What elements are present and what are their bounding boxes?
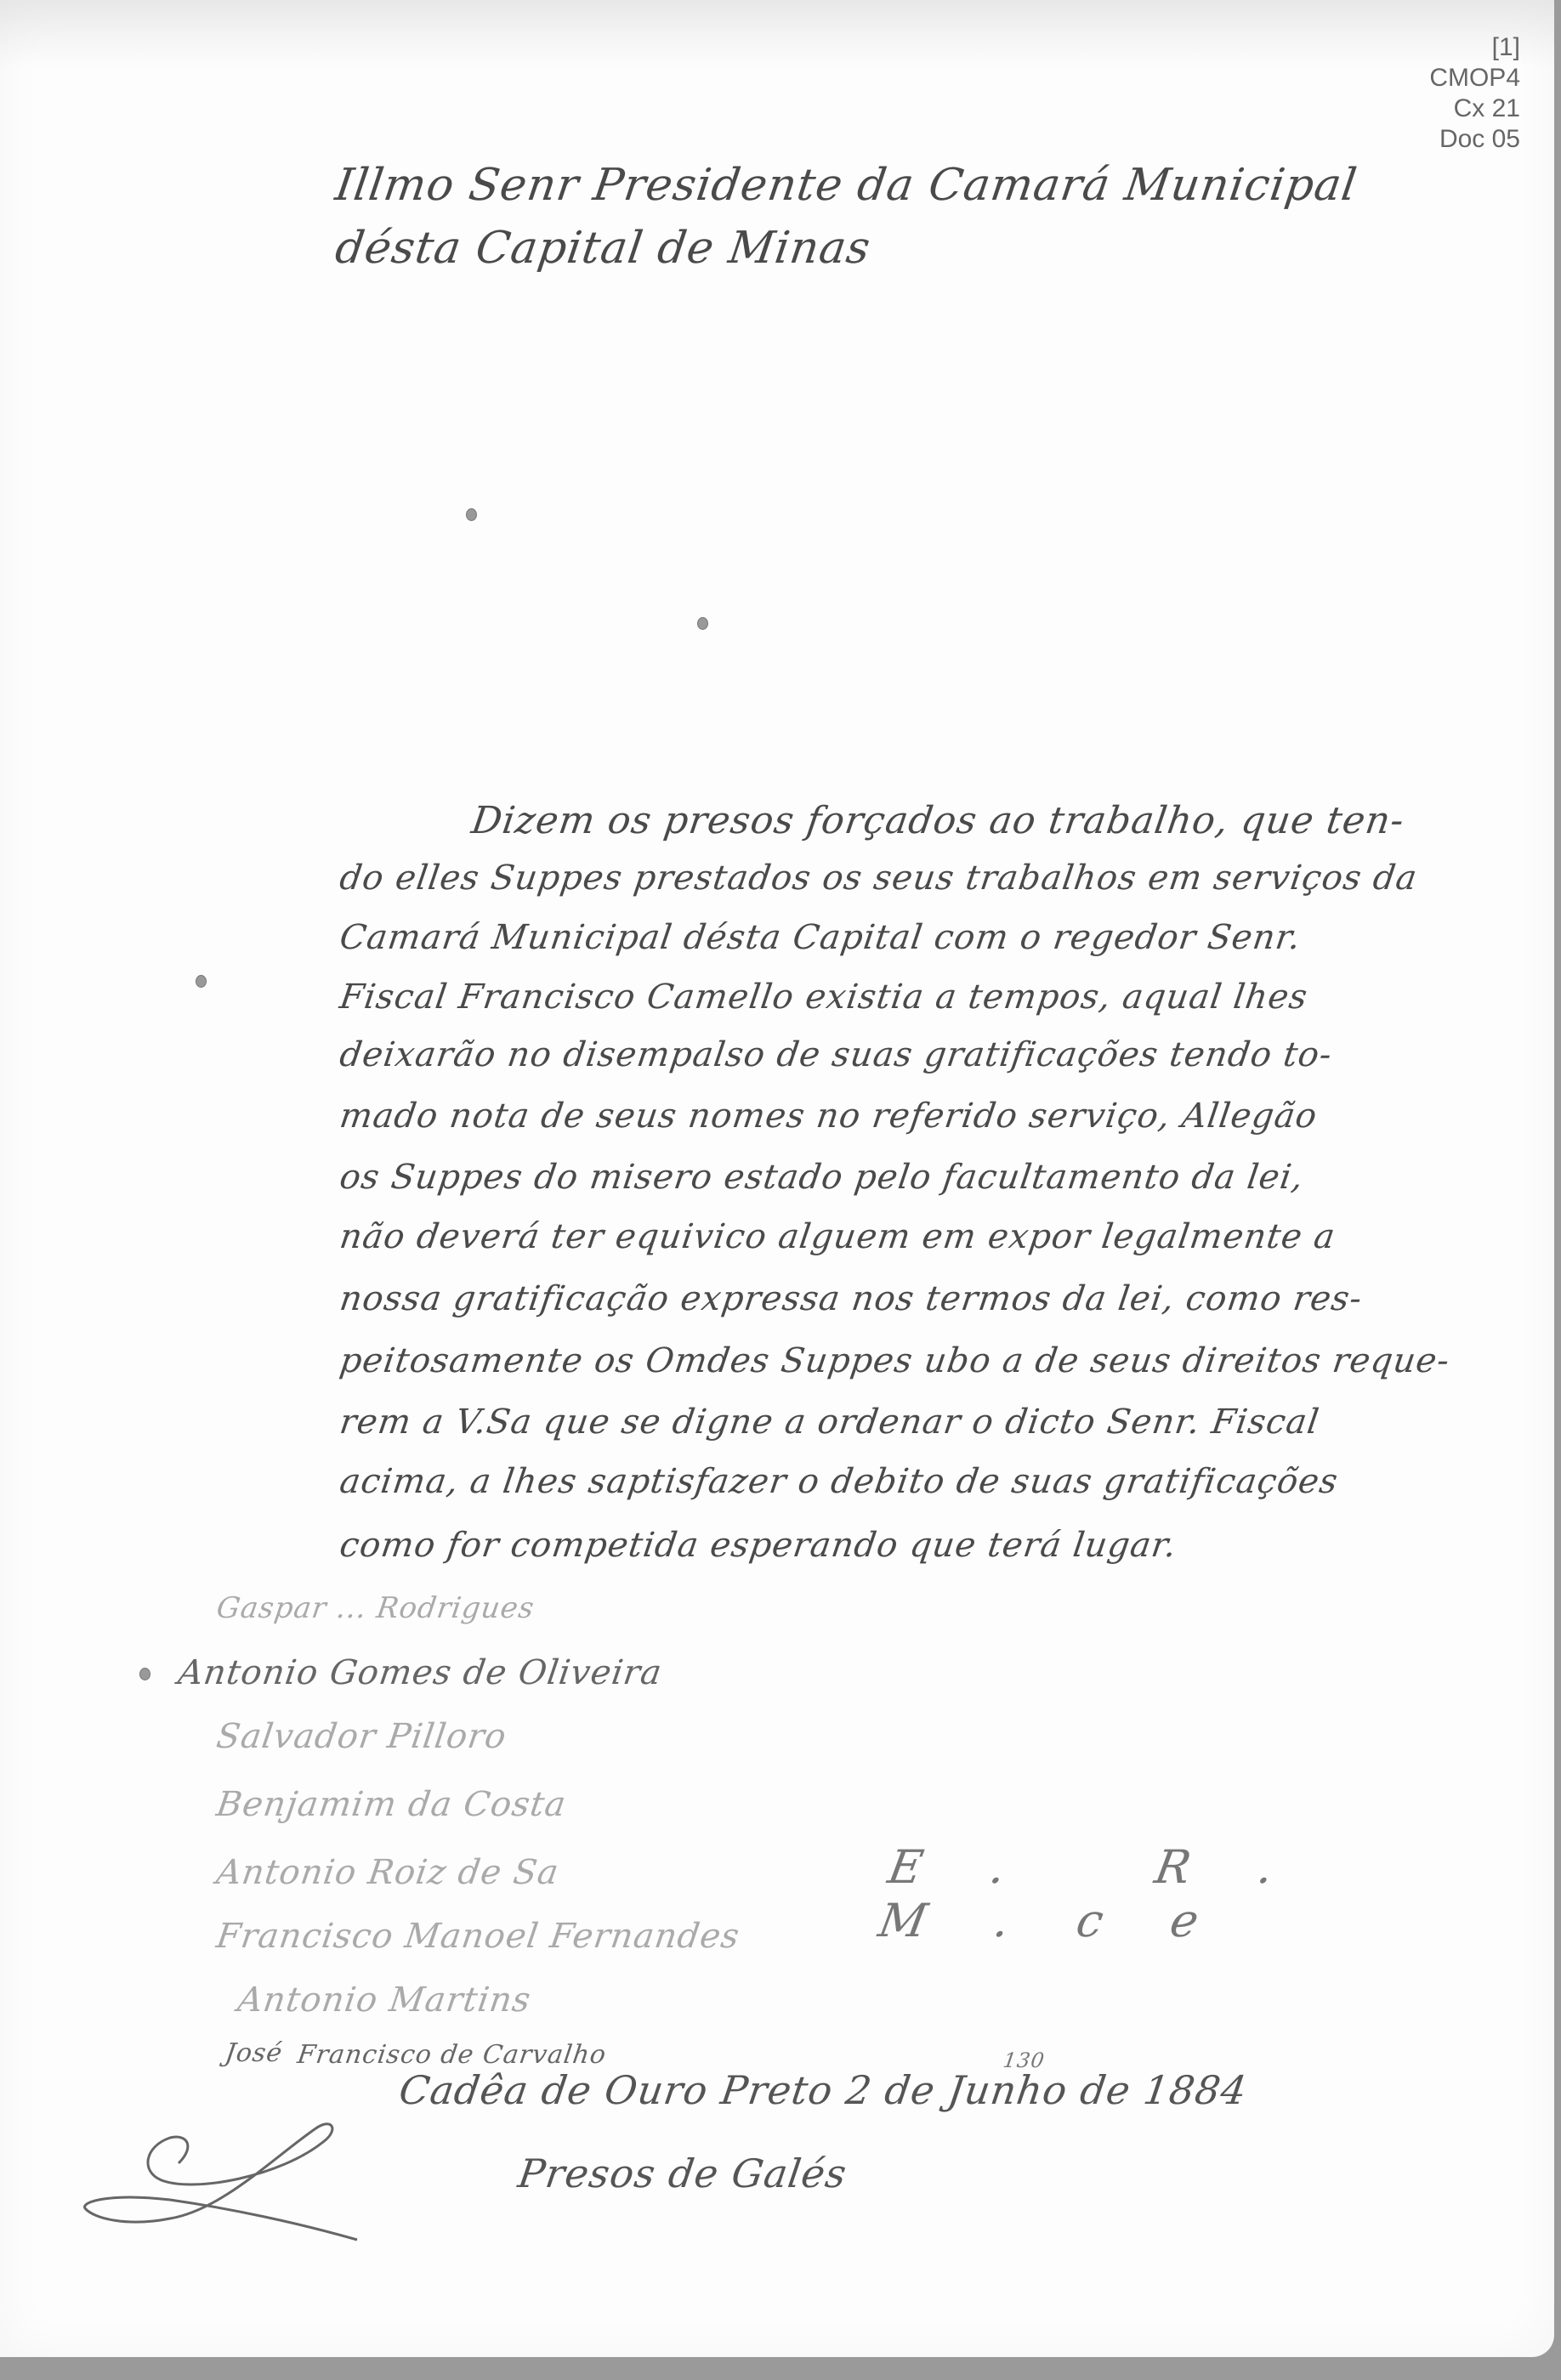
punch-dot [697, 617, 708, 630]
body-line: os Suppes do misero estado pelo facultam… [338, 1158, 1307, 1197]
signed-as: Presos de Galés [515, 2150, 849, 2196]
signature: Francisco de Carvalho [296, 2040, 609, 2070]
body-line: Dizem os presos forçados ao trabalho, qu… [468, 799, 1407, 842]
body-line: do elles Suppes prestados os seus trabal… [338, 858, 1420, 898]
signature: Salvador Pilloro [214, 1717, 509, 1756]
place-date: Cadêa de Ouro Preto 2 de Junho de 1884 [396, 2067, 1250, 2113]
document-page: [1] CMOP4 Cx 21 Doc 05 Illmo Senr Presid… [0, 0, 1554, 2357]
closing-marks: E. R. M.ce [875, 1840, 1561, 1947]
body-line: Fiscal Francisco Camello existia a tempo… [338, 977, 1310, 1017]
body-line: não deverá ter equivico alguem em expor … [338, 1217, 1338, 1256]
punch-dot [466, 508, 477, 521]
body-line: deixarão no disempalso de suas gratifica… [338, 1035, 1335, 1074]
punch-dot [139, 1668, 150, 1680]
signature: José [224, 2038, 285, 2068]
archive-ref-item: [1] [1429, 32, 1520, 63]
body-line: nossa gratificação expressa nos termos d… [338, 1279, 1365, 1318]
punch-dot [196, 975, 207, 988]
signature: Antonio Gomes de Oliveira [176, 1653, 665, 1692]
signature: Francisco Manoel Fernandes [214, 1917, 742, 1956]
address-line-2: désta Capital de Minas [332, 223, 874, 274]
archive-ref-item: Cx 21 [1429, 93, 1520, 124]
address-line-1: Illmo Senr Presidente da Camará Municipa… [332, 160, 1360, 211]
flourish-icon [77, 2108, 366, 2261]
archive-ref-item: Doc 05 [1429, 124, 1520, 155]
archive-reference: [1] CMOP4 Cx 21 Doc 05 [1429, 32, 1520, 155]
archive-ref-item: CMOP4 [1429, 63, 1520, 93]
signature: Benjamim da Costa [214, 1785, 569, 1824]
body-line: Camará Municipal désta Capital com o reg… [338, 918, 1303, 957]
body-line: acima, a lhes saptisfazer o debito de su… [338, 1462, 1341, 1501]
body-line: como for competida esperando que terá lu… [338, 1526, 1179, 1565]
body-line: peitosamente os Omdes Suppes ubo a de se… [338, 1341, 1452, 1380]
body-line: rem a V.Sa que se digne a ordenar o dict… [338, 1402, 1322, 1442]
signature: Gaspar ... Rodrigues [214, 1591, 536, 1625]
page-number-mark: 130 [1002, 2048, 1047, 2072]
signature: Antonio Martins [236, 1980, 534, 2020]
body-line: mado nota de seus nomes no referido serv… [338, 1096, 1320, 1136]
signature: Antonio Roiz de Sa [214, 1853, 562, 1892]
